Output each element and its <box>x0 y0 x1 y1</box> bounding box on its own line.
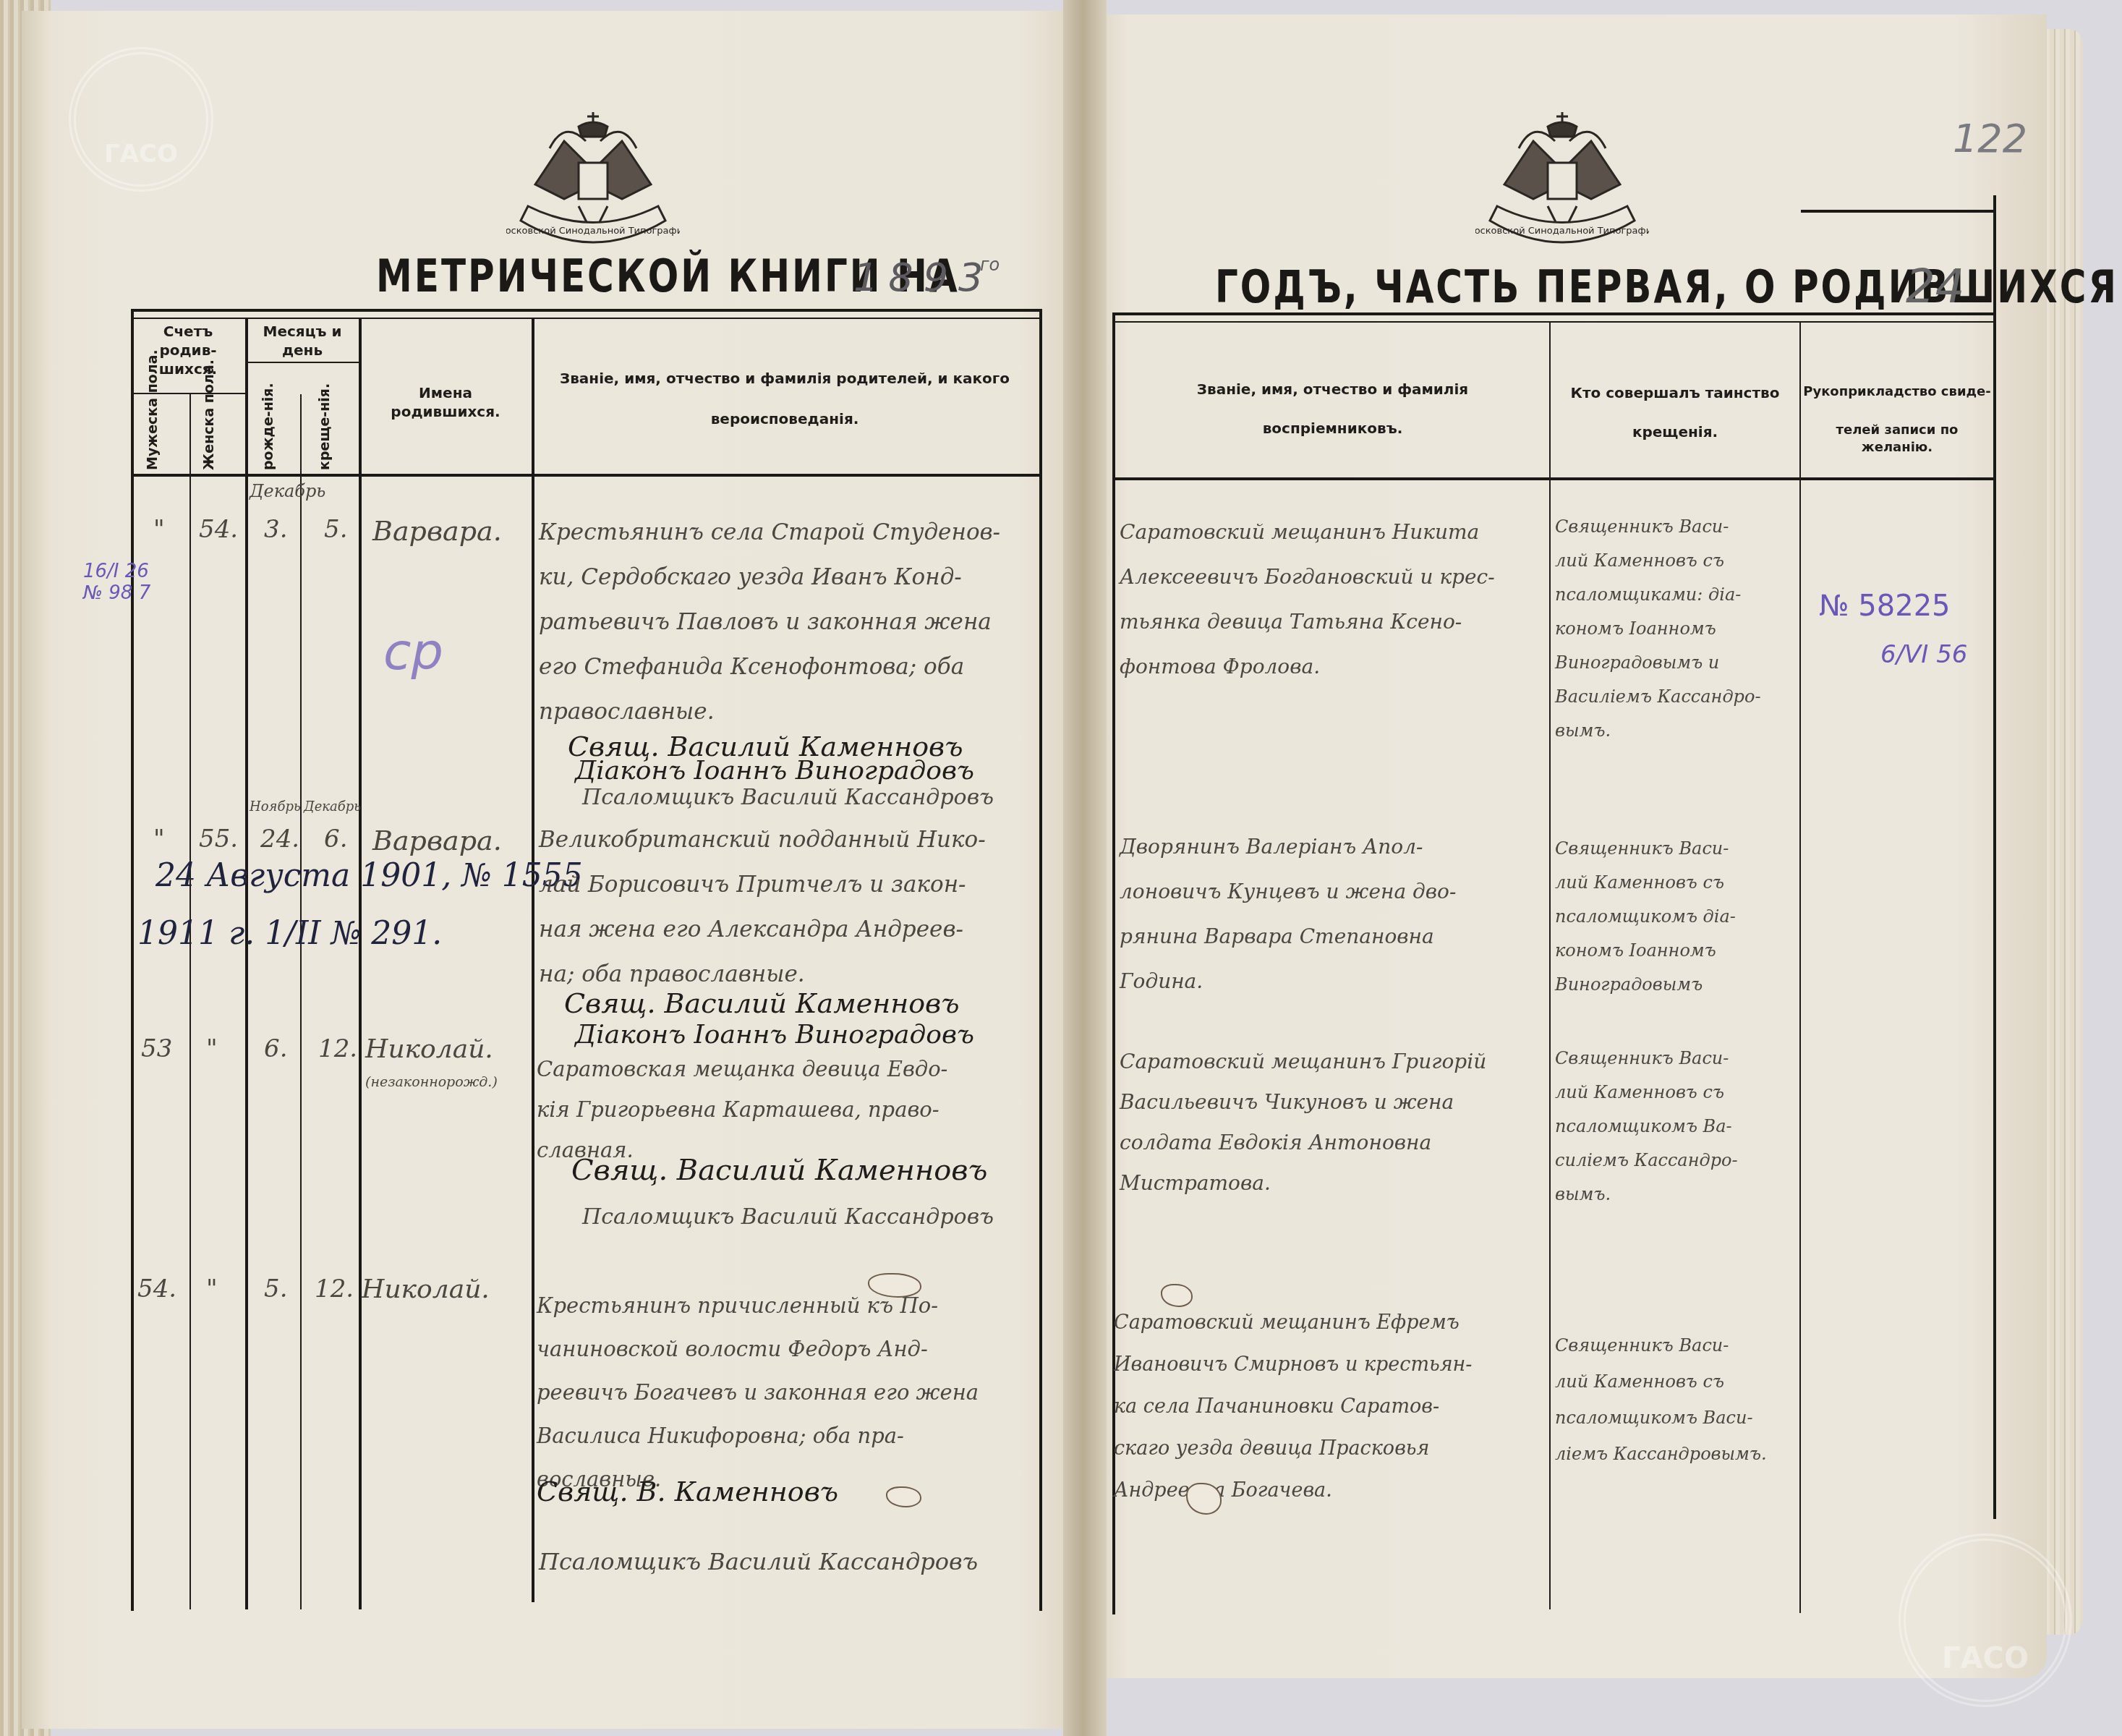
book-gutter <box>1063 0 1107 1736</box>
entry-4-parents: Крестьянинъ причисленный къ По- чаниновс… <box>537 1284 1036 1501</box>
entry-2-godparents: Дворянинъ Валеріанъ Апол- лоновичъ Кунце… <box>1120 825 1546 1004</box>
text-line: Мистратова. <box>1120 1163 1546 1204</box>
header-parents: Званіе, имя, отчество и фамилія родителе… <box>535 369 1034 428</box>
col-divider <box>245 318 248 1609</box>
text-line: рянина Варвара Степановна <box>1120 914 1546 959</box>
header-parents-line2: вероисповеданія. <box>535 409 1034 428</box>
text-line: Крестьянинъ причисленный къ По- <box>537 1284 1036 1327</box>
text-line: лий Каменновъ съ <box>1555 1076 1797 1110</box>
table-top-rule <box>1112 312 1996 323</box>
text-line: Василіемъ Кассандро- <box>1555 680 1797 714</box>
col-divider <box>1549 322 1551 1609</box>
header-witnesses-line2: телей записи по желанію. <box>1802 422 1992 456</box>
entry-4-priest: Священникъ Васи- лий Каменновъ съ псалом… <box>1555 1327 1797 1472</box>
header-godparents-line1: Званіе, имя, отчество и фамилія <box>1117 380 1548 399</box>
entry-2-signature-deacon: Діаконъ Іоаннъ Виноградовъ <box>575 1020 974 1050</box>
register-year: 1893 <box>853 255 993 300</box>
col-divider <box>532 318 534 1602</box>
entry-1-priest: Священникъ Васи- лий Каменновъ съ псалом… <box>1555 510 1797 748</box>
entry-1-signature-deacon: Діаконъ Іоаннъ Виноградовъ <box>575 756 974 786</box>
entry-2-name: Варвара. <box>372 825 502 856</box>
text-line: Година. <box>1120 959 1546 1004</box>
text-line: Васильевичъ Чикуновъ и жена <box>1120 1082 1546 1123</box>
frame-top-rule <box>1801 210 1995 213</box>
entry-1-male-no: " <box>153 515 165 544</box>
text-line: Саратовский мещанинъ Григорій <box>1120 1042 1546 1082</box>
text-line: лий Каменновъ съ <box>1555 544 1797 578</box>
header-priest-line2: крещенія. <box>1552 422 1798 441</box>
text-line: ліемъ Кассандровымъ. <box>1555 1436 1797 1472</box>
text-line: Священникъ Васи- <box>1555 832 1797 866</box>
entry-1-parents: Крестьянинъ села Старой Студенов- ки, Се… <box>539 510 1038 734</box>
text-line: ратьевичъ Павловъ и законная жена <box>539 600 1038 644</box>
text-line: Саратовский мещанинъ Никита <box>1120 510 1546 555</box>
text-line: скаго уезда девица Прасковья <box>1114 1428 1548 1470</box>
imperial-eagle-crest-icon: Московской Синодальной Типографии <box>1475 98 1649 250</box>
text-line: Дворянинъ Валеріанъ Апол- <box>1120 825 1546 869</box>
text-line: кономъ Іоанномъ <box>1555 934 1797 968</box>
entry-3-signature-psalmist: Псаломщикъ Василий Кассандровъ <box>582 1204 994 1230</box>
entry-1-birth-day: 3. <box>264 515 287 544</box>
text-line: псаломщикомъ Васи- <box>1555 1400 1797 1436</box>
col-divider <box>300 394 302 1609</box>
entry-1-margin-pencil: ср <box>383 622 443 681</box>
entry-2-overlay-note-1: 24 Августа 1901, № 1555 <box>155 857 583 894</box>
text-line: Василиса Никифоровна; оба пра- <box>537 1414 1036 1458</box>
header-godparents-line2: воспріемниковъ. <box>1117 419 1548 438</box>
entry-3-priest: Священникъ Васи- лий Каменновъ съ псалом… <box>1555 1042 1797 1212</box>
entry-4-female-no: " <box>206 1275 218 1303</box>
entry-4-signature-priest: Свящ. В. Каменновъ <box>537 1476 838 1507</box>
header-bottom-rule <box>1112 477 1996 480</box>
table-border-right <box>1039 309 1042 1611</box>
col-divider <box>189 394 191 1609</box>
header-priest: Кто совершалъ таинство крещенія. <box>1552 383 1798 441</box>
entry-2-month-note-birth: Ноябрь <box>250 799 301 814</box>
header-male: Мужеска пола. <box>145 398 161 470</box>
entry-4-male-no: 54. <box>137 1275 176 1303</box>
col-divider <box>1799 322 1801 1613</box>
entry-3-name-note: (незаконнорожд.) <box>365 1074 498 1090</box>
text-line: вымъ. <box>1555 1178 1797 1212</box>
entry-4-signature-psalmist: Псаломщикъ Василий Кассандровъ <box>539 1548 978 1575</box>
archive-watermark-bottom-right: ГАСО <box>1899 1533 2072 1707</box>
svg-text:Московской Синодальной Типогра: Московской Синодальной Типографии <box>1475 226 1649 237</box>
entry-1-godparents: Саратовский мещанинъ Никита Алексеевичъ … <box>1120 510 1546 689</box>
text-line: Священникъ Васи- <box>1555 1327 1797 1363</box>
entry-2-month-note-baptism: Декабрь <box>304 799 361 814</box>
text-line: ная жена его Александра Андреев- <box>539 907 1038 952</box>
text-line: Саратовская мещанка девица Евдо- <box>537 1049 1036 1089</box>
entry-2-signature-priest: Свящ. Василий Каменновъ <box>564 987 960 1019</box>
text-line: псаломщиками: діа- <box>1555 578 1797 612</box>
text-line: чаниновской волости Федоръ Анд- <box>537 1327 1036 1371</box>
text-line: Священникъ Васи- <box>1555 1042 1797 1076</box>
entry-3-female-no: " <box>206 1034 218 1063</box>
text-line: Крестьянинъ села Старой Студенов- <box>539 510 1038 555</box>
text-line: лий Каменновъ съ <box>1555 866 1797 900</box>
header-bottom-rule <box>131 474 1039 477</box>
text-line: лай Борисовичъ Притчелъ и закон- <box>539 862 1038 907</box>
text-line: Алексеевичъ Богдановский и крес- <box>1120 555 1546 600</box>
entry-3-name: Николай. <box>365 1034 493 1064</box>
entry-1-name: Варвара. <box>372 515 502 547</box>
entry-2-parents: Великобританский подданный Нико- лай Бор… <box>539 817 1038 997</box>
text-line: силіемъ Кассандро- <box>1555 1144 1797 1178</box>
text-line: реевичъ Богачевъ и законная его жена <box>537 1371 1036 1414</box>
archive-watermark-top-left: ГАСО <box>69 47 213 192</box>
text-line: псаломщикомъ діа- <box>1555 900 1797 934</box>
page-title-right: ГОДЪ, ЧАСТЬ ПЕРВАЯ, О РОДИВШИХСЯ. <box>1215 261 2122 314</box>
text-line: Великобританский подданный Нико- <box>539 817 1038 862</box>
entry-2-female-no: 55. <box>199 825 238 854</box>
register-year-suffix: го <box>980 255 1000 275</box>
text-line: его Стефанида Ксенофонтова; оба <box>539 644 1038 689</box>
entry-4-godparents: Саратовский мещанинъ Ефремъ Ивановичъ См… <box>1114 1302 1548 1512</box>
entry-2-baptism-day: 6. <box>324 825 347 854</box>
text-line: кономъ Іоанномъ <box>1555 612 1797 646</box>
subheader-rule <box>245 362 359 363</box>
text-line: фонтова Фролова. <box>1120 644 1546 689</box>
text-line: тьянка девица Татьяна Ксено- <box>1120 600 1546 644</box>
entry-2-birth-day: 24. <box>260 825 299 854</box>
text-line: солдата Евдокія Антоновна <box>1120 1123 1546 1163</box>
margin-note-line2: № 98 7 <box>83 582 150 604</box>
header-witnesses-line1: Рукоприкладство свиде- <box>1802 383 1992 400</box>
entry-2-male-no: " <box>153 825 165 854</box>
folio-mark: 24 <box>1906 260 1964 314</box>
entry-1-witness-stamp-date: 6/VI 56 <box>1880 640 1967 669</box>
entry-1-female-no: 54. <box>199 515 238 544</box>
page-number: 122 <box>1953 116 2027 161</box>
entry-1-signature-psalmist: Псаломщикъ Василий Кассандровъ <box>582 785 994 810</box>
margin-note-line1: 16/I 26 <box>83 561 150 582</box>
header-witnesses: Рукоприкладство свиде- телей записи по ж… <box>1802 383 1992 456</box>
entry-3-parents: Саратовская мещанка девица Евдо- кія Гри… <box>537 1049 1036 1170</box>
header-parents-line1: Званіе, имя, отчество и фамилія родителе… <box>535 369 1034 388</box>
entry-3-signature-priest: Свящ. Василий Каменновъ <box>571 1154 987 1187</box>
header-month-day: Месяцъ и день <box>248 322 357 359</box>
entry-2-overlay-note-2: 1911 г. 1/II № 291. <box>137 915 442 952</box>
header-godparents: Званіе, имя, отчество и фамилія воспріем… <box>1117 380 1548 438</box>
header-birth: рожде-нія. <box>260 391 277 470</box>
text-line: Ивановичъ Смирновъ и крестьян- <box>1114 1344 1548 1386</box>
entry-1-month-note: Декабрь <box>250 481 325 501</box>
imperial-eagle-crest-icon: Московской Синодальной Типографии <box>506 98 680 250</box>
entry-1-margin-note: 16/I 26 № 98 7 <box>83 561 150 604</box>
entry-4-baptism-day: 12. <box>315 1275 354 1303</box>
text-line: кія Григорьевна Карташева, право- <box>537 1089 1036 1130</box>
text-line: псаломщикомъ Ва- <box>1555 1110 1797 1144</box>
header-names: Имена родившихся. <box>362 383 529 421</box>
text-line: Саратовский мещанинъ Ефремъ <box>1114 1302 1548 1344</box>
text-line: вымъ. <box>1555 714 1797 748</box>
text-line: православные. <box>539 689 1038 734</box>
entry-3-male-no: 53 <box>141 1034 172 1063</box>
header-female: Женска пола. <box>201 398 218 470</box>
table-top-rule <box>131 309 1039 319</box>
text-line: Виноградовымъ и <box>1555 646 1797 680</box>
text-line: Андреевна Богачева. <box>1114 1470 1548 1512</box>
header-priest-line1: Кто совершалъ таинство <box>1552 383 1798 402</box>
text-line: Виноградовымъ <box>1555 968 1797 1002</box>
entry-3-birth-day: 6. <box>264 1034 287 1063</box>
header-baptism: креще-нія. <box>317 391 333 470</box>
entry-1-witness-stamp: № 58225 <box>1819 590 1951 623</box>
entry-3-godparents: Саратовский мещанинъ Григорій Васильевич… <box>1120 1042 1546 1204</box>
text-line: лоновичъ Кунцевъ и жена дво- <box>1120 869 1546 914</box>
text-line: лий Каменновъ съ <box>1555 1363 1797 1400</box>
entry-4-name: Николай. <box>362 1275 490 1304</box>
text-line: ка села Пачаниновки Саратов- <box>1114 1386 1548 1428</box>
table-border-left <box>131 309 134 1611</box>
entry-2-priest: Священникъ Васи- лий Каменновъ съ псалом… <box>1555 832 1797 1002</box>
entry-4-birth-day: 5. <box>264 1275 287 1303</box>
svg-text:Московской Синодальной Типогра: Московской Синодальной Типографии <box>506 226 680 237</box>
entry-1-baptism-day: 5. <box>324 515 347 544</box>
entry-3-baptism-day: 12. <box>318 1034 357 1063</box>
table-border-right <box>1993 195 1996 1519</box>
text-line: Священникъ Васи- <box>1555 510 1797 544</box>
text-line: ки, Сердобскаго уезда Иванъ Конд- <box>539 555 1038 600</box>
col-divider <box>359 318 362 1609</box>
